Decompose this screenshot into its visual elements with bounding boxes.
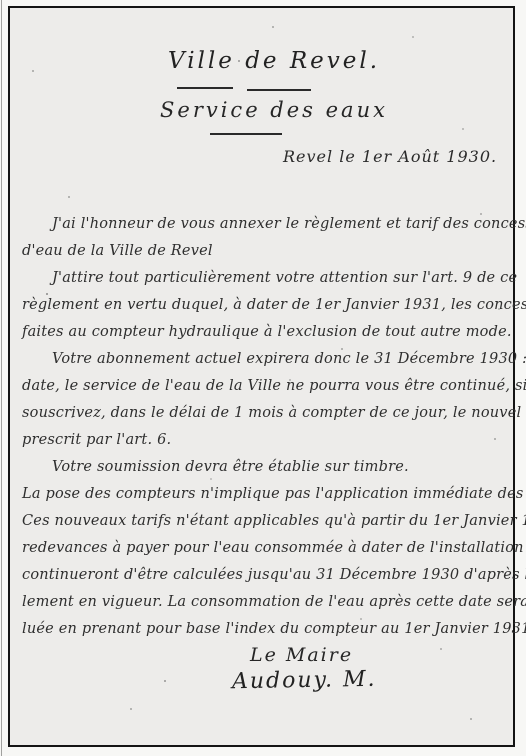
scanned-letter: Ville de Revel. Service des eaux Revel l…: [0, 0, 526, 756]
document-line: prescrit par l'art. 6.: [22, 427, 508, 454]
document-line: souscrivez, dans le délai de 1 mois à co…: [22, 400, 508, 427]
document-line: J'attire tout particulièrement votre att…: [22, 265, 508, 292]
document-subtitle: Service des eaux: [160, 98, 388, 122]
closing-le-maire: Le Maire: [250, 644, 353, 666]
document-line: continueront d'être calculées jusqu'au 3…: [22, 562, 508, 589]
page-border: Ville de Revel. Service des eaux Revel l…: [8, 6, 515, 747]
document-line: date, le service de l'eau de la Ville ne…: [22, 373, 508, 400]
document-line: lement en vigueur. La consommation de l'…: [22, 589, 508, 616]
document-title: Ville de Revel.: [168, 48, 380, 74]
scan-noise: [10, 8, 12, 10]
document-line: J'ai l'honneur de vous annexer le règlem…: [22, 211, 508, 238]
document-line: redevances à payer pour l'eau consommée …: [22, 535, 508, 562]
document-line: La pose des compteurs n'implique pas l'a…: [22, 481, 508, 508]
title-underline-right: [247, 89, 311, 91]
document-line: Votre soumission devra être établie sur …: [22, 454, 508, 481]
subtitle-underline: [210, 133, 282, 135]
dateline: Revel le 1er Août 1930.: [283, 147, 497, 166]
document-line: Ces nouveaux tarifs n'étant applicables …: [22, 508, 508, 535]
document-line: d'eau de la Ville de Revel: [22, 238, 508, 265]
document-line: Votre abonnement actuel expirera donc le…: [22, 346, 508, 373]
title-underline-left: [177, 87, 233, 89]
signature-audouy: Audouy. M.: [232, 667, 377, 695]
letter-body: J'ai l'honneur de vous annexer le règlem…: [22, 211, 508, 643]
document-line: faites au compteur hydraulique à l'exclu…: [22, 319, 508, 346]
document-line: luée en prenant pour base l'index du com…: [22, 616, 508, 643]
document-line: règlement en vertu duquel, à dater de 1e…: [22, 292, 508, 319]
